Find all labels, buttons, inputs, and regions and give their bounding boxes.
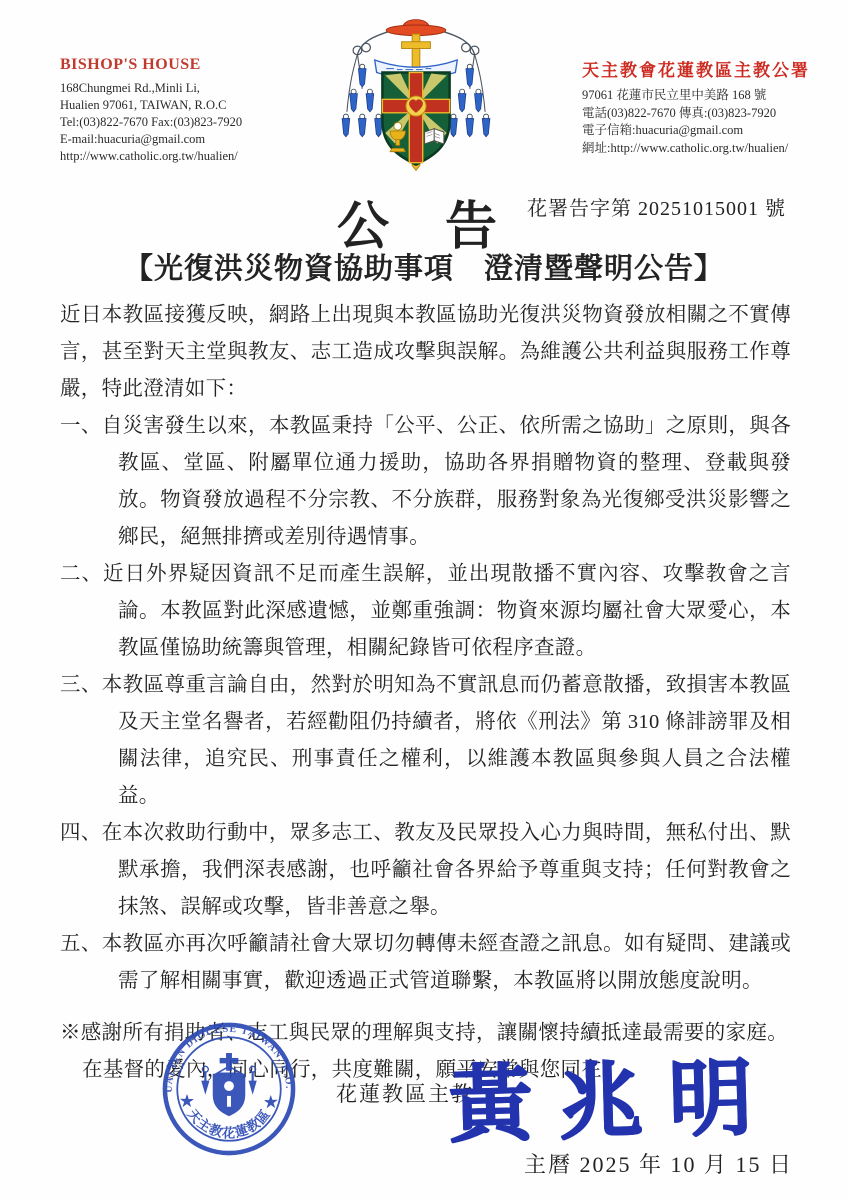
header-right-email-line: 電子信箱:huacuria@gmail.com bbox=[582, 122, 797, 140]
list-item-2: 二、近日外界疑因資訊不足而產生誤解，並出現散播不實內容、攻擊教會之言論。本教區對… bbox=[60, 556, 791, 667]
diocese-round-seal-icon: HUALIEN DIOCESE TAIWAN, R.O.C. ★ 天主教花蓮教區… bbox=[160, 1020, 298, 1158]
header-left-address-line: Hualien 97061, TAIWAN, R.O.C bbox=[60, 97, 340, 114]
header-left: BISHOP'S HOUSE 168Chungmei Rd.,Minli Li,… bbox=[60, 56, 340, 165]
list-item-1: 一、自災害發生以來，本教區秉持「公平、公正、依所需之協助」之原則，與各教區、堂區… bbox=[60, 408, 791, 556]
intro-paragraph: 近日本教區接獲反映，網路上出現與本教區協助光復洪災物資發放相關之不實傳言，甚至對… bbox=[60, 297, 791, 408]
header-right-title: 天主教會花蓮教區主教公署 bbox=[582, 56, 797, 81]
item-text: 自災害發生以來，本教區秉持「公平、公正、依所需之協助」之原則，與各教區、堂區、附… bbox=[102, 415, 791, 548]
header-left-phone-line: Tel:(03)822-7670 Fax:(03)823-7920 bbox=[60, 114, 340, 131]
header-left-email-line: E-mail:huacuria@gmail.com bbox=[60, 131, 340, 148]
announcement-document: BISHOP'S HOUSE 168Chungmei Rd.,Minli Li,… bbox=[0, 0, 848, 1200]
item-text: 近日外界疑因資訊不足而產生誤解，並出現散播不實內容、攻擊教會之言論。本教區對此深… bbox=[103, 563, 791, 659]
announcement-body: 近日本教區接獲反映，網路上出現與本教區協助光復洪災物資發放相關之不實傳言，甚至對… bbox=[60, 297, 791, 1089]
header-left-website-line: http://www.catholic.org.tw/hualien/ bbox=[60, 148, 340, 165]
item-text: 在本次救助行動中，眾多志工、教友及民眾投入心力與時間，無私付出、默默承擔，我們深… bbox=[102, 822, 791, 918]
item-marker: 三、 bbox=[60, 674, 102, 696]
document-date: 主曆 2025 年 10 月 15 日 bbox=[524, 1148, 793, 1179]
list-item-4: 四、在本次救助行動中，眾多志工、教友及民眾投入心力與時間，無私付出、默默承擔，我… bbox=[60, 815, 791, 926]
header-right-website-line: 網址:http://www.catholic.org.tw/hualien/ bbox=[582, 140, 797, 158]
seal-center-emblem bbox=[202, 1054, 256, 1116]
item-marker: 五、 bbox=[60, 933, 102, 955]
item-marker: 二、 bbox=[60, 563, 103, 585]
header-left-address-line: 168Chungmei Rd.,Minli Li, bbox=[60, 80, 340, 97]
item-marker: 一、 bbox=[60, 415, 102, 437]
header-right-address-line: 97061 花蓮市民立里中美路 168 號 bbox=[582, 87, 797, 105]
item-marker: 四、 bbox=[60, 822, 102, 844]
header-left-title: BISHOP'S HOUSE bbox=[60, 56, 340, 74]
item-text: 本教區尊重言論自由，然對於明知為不實訊息而仍蓄意散播，致損害本教區及天主堂名譽者… bbox=[102, 674, 791, 807]
list-item-3: 三、本教區尊重言論自由，然對於明知為不實訊息而仍蓄意散播，致損害本教區及天主堂名… bbox=[60, 667, 791, 815]
header-right-phone-line: 電話(03)822-7670 傳真:(03)823-7920 bbox=[582, 105, 797, 123]
list-item-5: 五、本教區亦再次呼籲請社會大眾切勿轉傳未經查證之訊息。如有疑問、建議或需了解相關… bbox=[60, 926, 791, 1000]
bishop-signature: 黃兆明 bbox=[446, 1030, 779, 1160]
reference-number: 花署告字第 20251015001 號 bbox=[527, 192, 786, 221]
item-text: 本教區亦再次呼籲請社會大眾切勿轉傳未經查證之訊息。如有疑問、建議或需了解相關事實… bbox=[102, 933, 791, 992]
header-right: 天主教會花蓮教區主教公署 97061 花蓮市民立里中美路 168 號 電話(03… bbox=[582, 56, 797, 157]
bishop-coat-of-arms-icon bbox=[334, 12, 498, 180]
announcement-subtitle: 【光復洪災物資協助事項 澄清暨聲明公告】 bbox=[0, 246, 848, 287]
